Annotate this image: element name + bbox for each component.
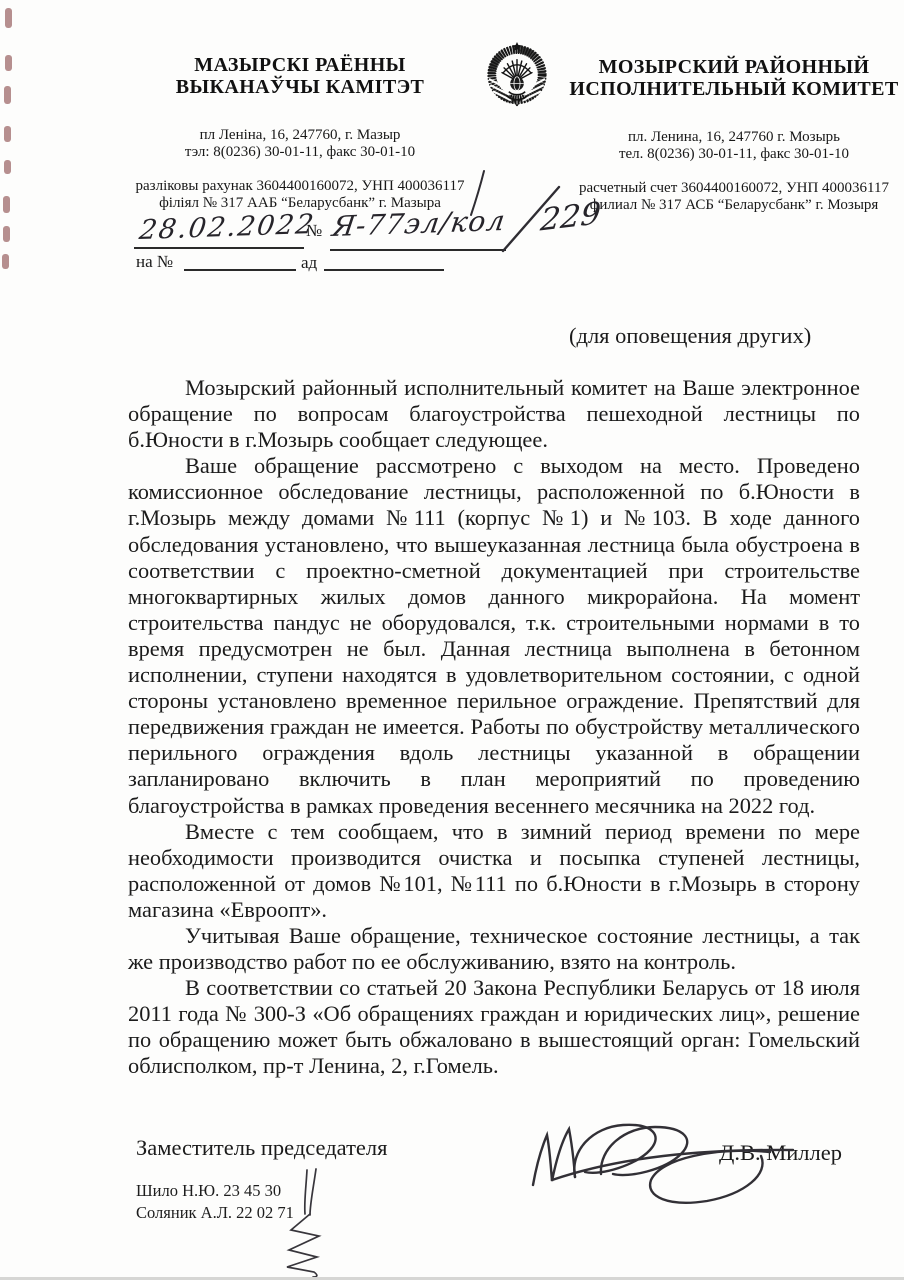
- handwritten-number: Я-77эл/кол: [330, 204, 508, 243]
- org-address-russian: пл. Ленина, 16, 247760 г. Мозырь тел. 8(…: [566, 129, 902, 162]
- body-paragraph: Учитывая Ваше обращение, техническое сос…: [128, 923, 860, 975]
- on-number-label: на №: [136, 252, 173, 272]
- org-block-russian: МОЗЫРСКИЙ РАЙОННЫЙ ИСПОЛНИТЕЛЬНЫЙ КОМИТЕ…: [566, 56, 902, 213]
- org-name-line: МОЗЫРСКИЙ РАЙОННЫЙ: [566, 56, 902, 78]
- org-address-line: пл Леніна, 16, 247760, г. Мазыр: [128, 127, 472, 144]
- handwritten-number-suffix: 229: [539, 196, 602, 239]
- number-label: №: [306, 221, 322, 241]
- signer-position: Заместитель председателя: [136, 1135, 387, 1161]
- org-name-russian: МОЗЫРСКИЙ РАЙОННЫЙ ИСПОЛНИТЕЛЬНЫЙ КОМИТЕ…: [566, 56, 902, 100]
- scan-edge-artifact: [3, 226, 10, 242]
- scan-edge-artifact: [5, 55, 12, 71]
- scan-edge-artifact: [4, 126, 11, 142]
- coat-of-arms-icon: [483, 40, 551, 108]
- scan-edge-artifact: [5, 8, 12, 28]
- executor-contacts: Шило Н.Ю. 23 45 30 Соляник А.Л. 22 02 71: [136, 1180, 294, 1224]
- org-account-line: расчетный счет 3604400160072, УНП 400036…: [566, 180, 902, 197]
- org-phone-line: тел. 8(0236) 30-01-11, факс 30-01-10: [566, 146, 902, 163]
- scan-edge-artifact: [3, 196, 10, 213]
- org-name-belarusian: МАЗЫРСКІ РАЁННЫ ВЫКАНАЎЧЫ КАМІТЭТ: [128, 54, 472, 98]
- signer-name: Д.В. Миллер: [719, 1140, 842, 1166]
- body-paragraph: Вместе с тем сообщаем, что в зимний пери…: [128, 819, 860, 923]
- scan-edge-artifact: [4, 86, 11, 104]
- org-account-line: разліковы рахунак 3604400160072, УНП 400…: [128, 178, 472, 195]
- org-name-line: ВЫКАНАЎЧЫ КАМІТЭТ: [128, 76, 472, 98]
- letter-body: Мозырский районный исполнительный комите…: [128, 375, 860, 1080]
- org-bank-line: филиал № 317 АСБ “Беларусбанк” г. Мозыря: [566, 197, 902, 214]
- executor-contact-line: Шило Н.Ю. 23 45 30: [136, 1180, 294, 1202]
- scan-edge-artifact: [4, 160, 11, 174]
- on-number-underline: [184, 269, 296, 271]
- body-paragraph: В соответствии со статьей 20 Закона Респ…: [128, 975, 860, 1079]
- scan-edge-artifact: [2, 254, 9, 269]
- from-label: ад: [301, 253, 317, 273]
- org-name-line: ИСПОЛНИТЕЛЬНЫЙ КОМИТЕТ: [566, 78, 902, 100]
- number-underline: [330, 249, 506, 251]
- body-paragraph: Мозырский районный исполнительный комите…: [128, 375, 860, 453]
- org-address-line: пл. Ленина, 16, 247760 г. Мозырь: [566, 129, 902, 146]
- annotation-note: (для оповещения других): [569, 323, 811, 349]
- org-account-russian: расчетный счет 3604400160072, УНП 400036…: [566, 180, 902, 213]
- body-paragraph: Ваше обращение рассмотрено с выходом на …: [128, 453, 860, 818]
- org-name-line: МАЗЫРСКІ РАЁННЫ: [128, 54, 472, 76]
- org-address-belarusian: пл Леніна, 16, 247760, г. Мазыр тэл: 8(0…: [128, 127, 472, 160]
- executor-contact-line: Соляник А.Л. 22 02 71: [136, 1202, 294, 1224]
- org-phone-line: тэл: 8(0236) 30-01-11, факс 30-01-10: [128, 144, 472, 161]
- from-underline: [324, 269, 444, 271]
- date-underline: [134, 247, 304, 249]
- scanned-letter-page: МАЗЫРСКІ РАЁННЫ ВЫКАНАЎЧЫ КАМІТЭТ пл Лен…: [0, 0, 904, 1280]
- handwritten-date: 28.02.2022: [137, 209, 317, 246]
- org-block-belarusian: МАЗЫРСКІ РАЁННЫ ВЫКАНАЎЧЫ КАМІТЭТ пл Лен…: [128, 54, 472, 211]
